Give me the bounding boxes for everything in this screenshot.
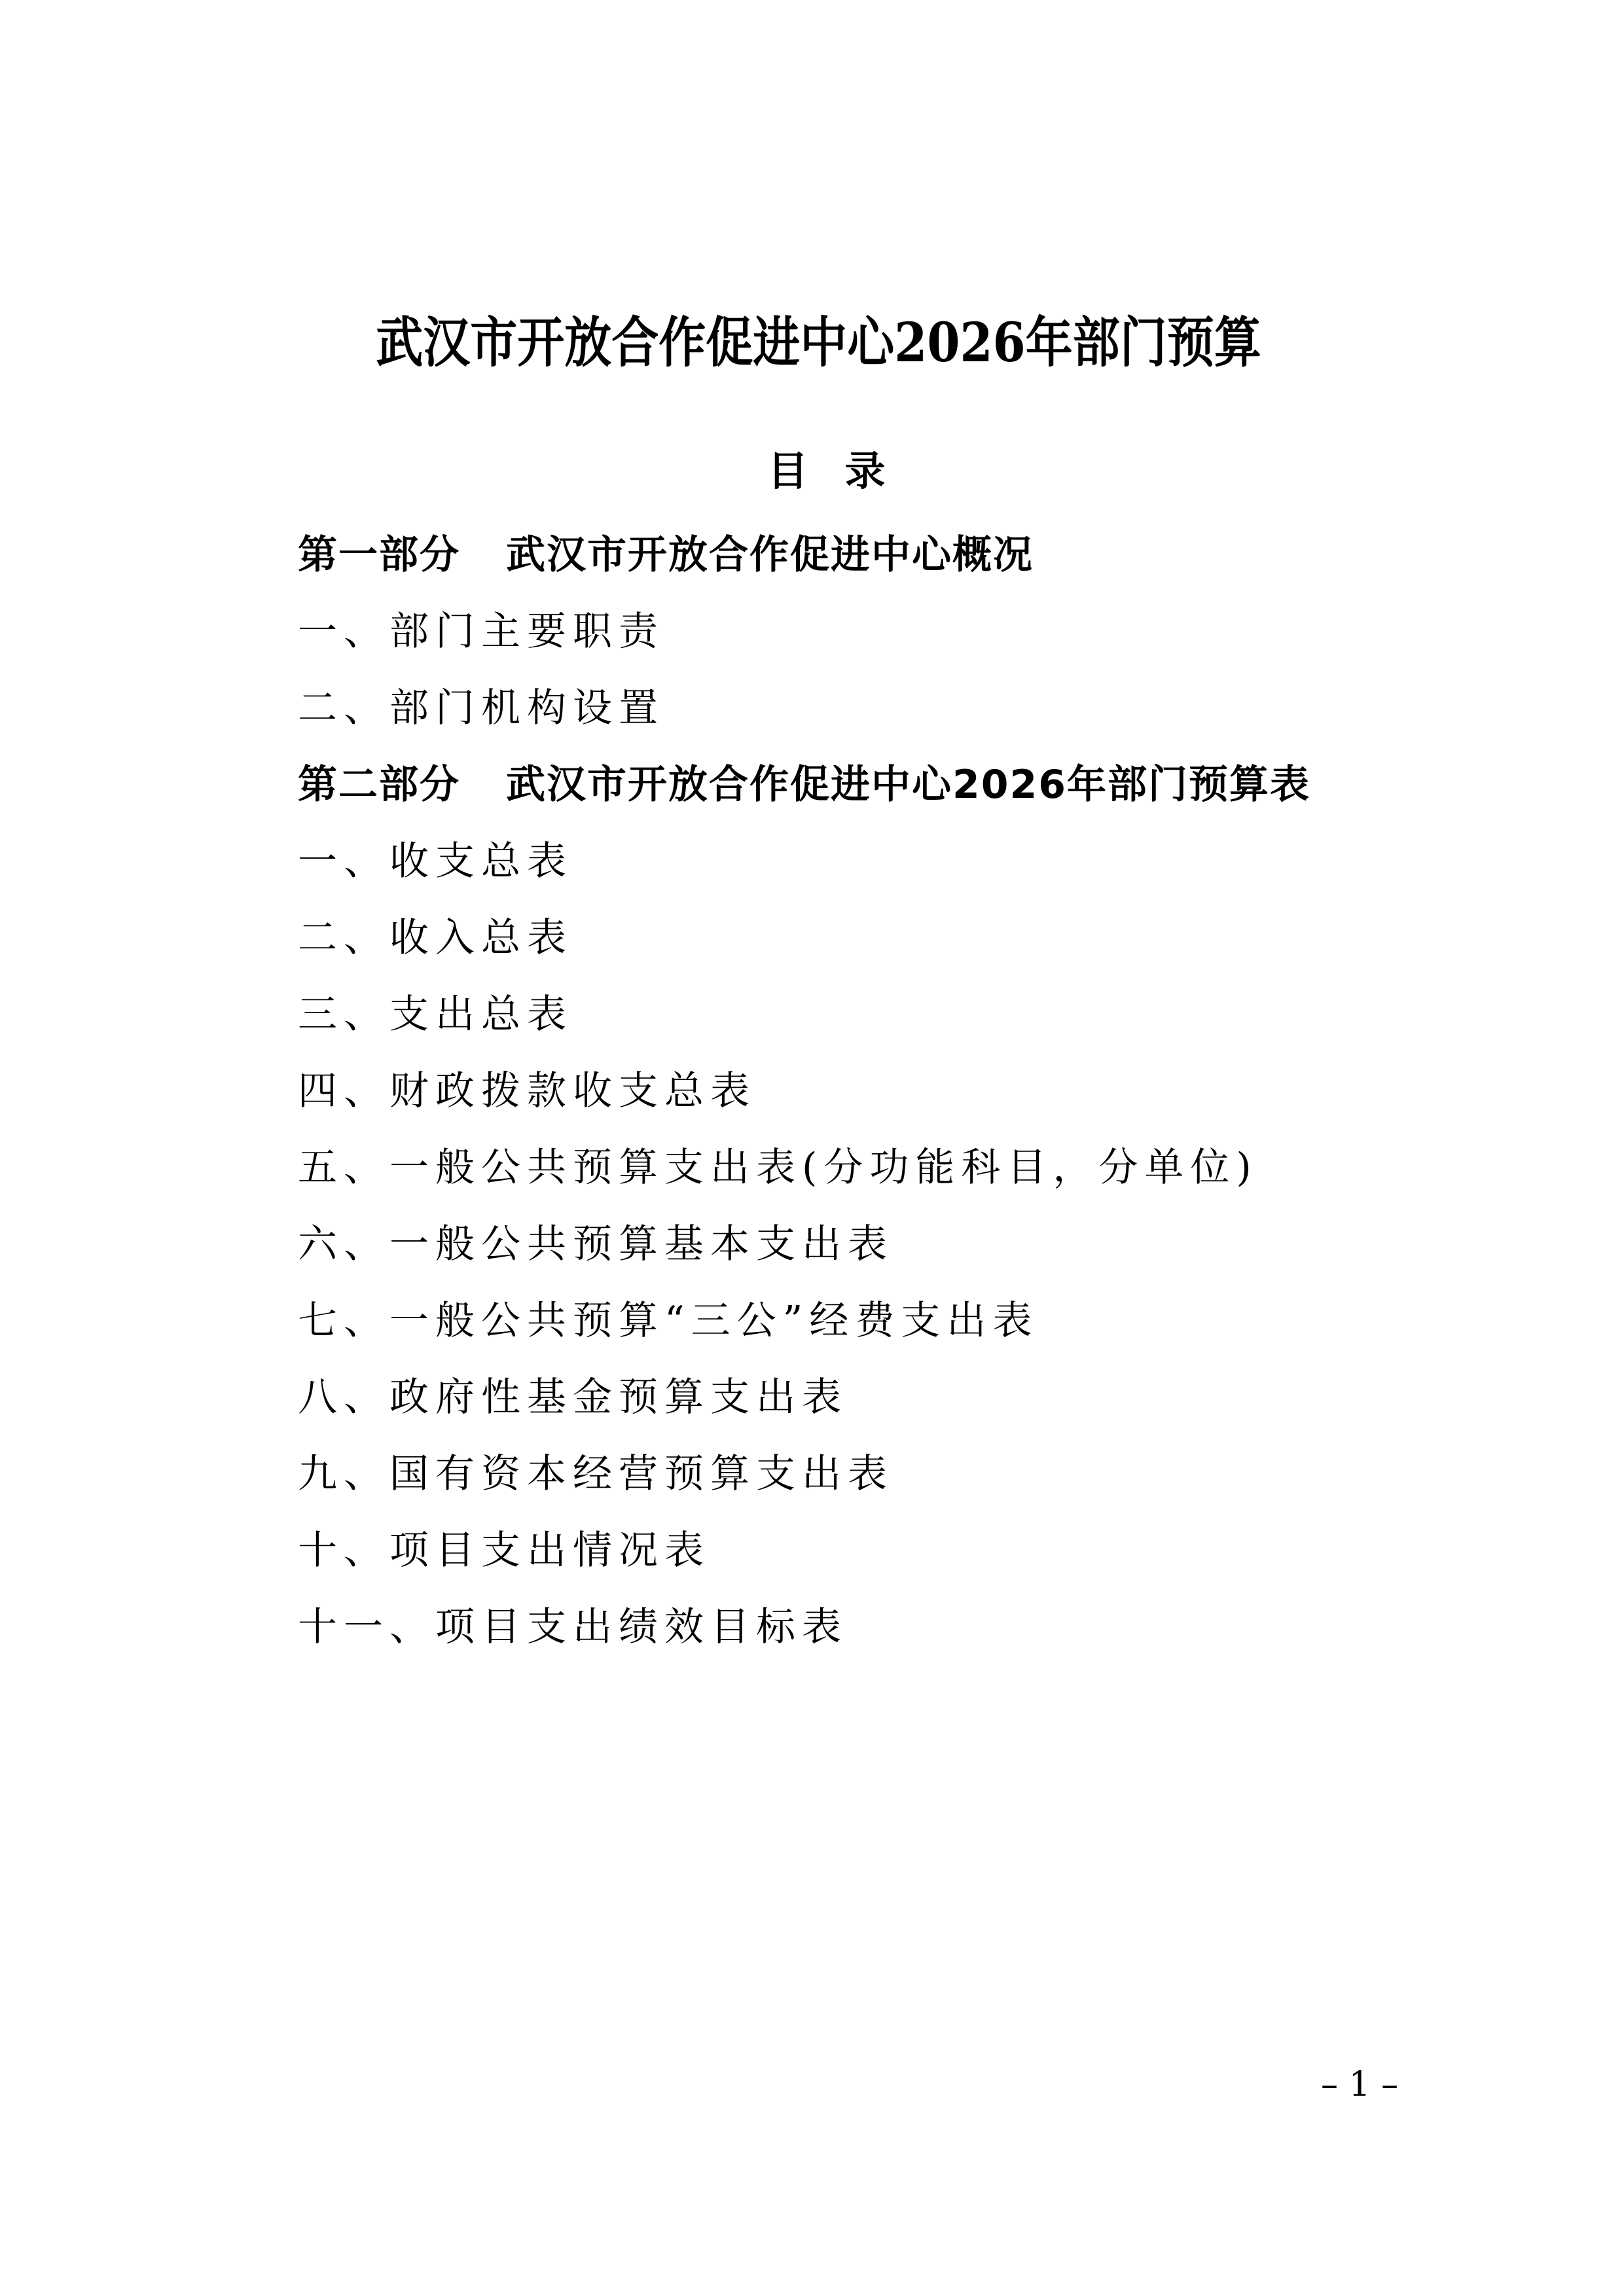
toc-heading: 目录 <box>0 445 1624 497</box>
toc-item-state-capital-budget[interactable]: 九、国有资本经营预算支出表 <box>298 1436 1476 1513</box>
toc-part-label: 武汉市开放合作促进中心概况 <box>506 532 1034 578</box>
toc-item-general-public-basic-expense[interactable]: 六、一般公共预算基本支出表 <box>298 1206 1476 1283</box>
toc-item-expense-summary[interactable]: 三、支出总表 <box>298 977 1476 1053</box>
table-of-contents: 第一部分武汉市开放合作促进中心概况 一、部门主要职责 二、部门机构设置 第二部分… <box>298 517 1476 1666</box>
toc-item-org-structure[interactable]: 二、部门机构设置 <box>298 670 1476 747</box>
toc-item-income-expense-summary[interactable]: 一、收支总表 <box>298 823 1476 900</box>
toc-item-main-duties[interactable]: 一、部门主要职责 <box>298 594 1476 670</box>
toc-item-income-summary[interactable]: 二、收入总表 <box>298 900 1476 977</box>
toc-item-project-expense[interactable]: 十、项目支出情况表 <box>298 1513 1476 1589</box>
toc-item-three-public-expenses[interactable]: 七、一般公共预算“三公”经费支出表 <box>298 1283 1476 1359</box>
toc-part-number: 第二部分 <box>298 747 460 823</box>
toc-part-label: 武汉市开放合作促进中心2026年部门预算表 <box>506 762 1310 808</box>
page-number: – 1 – <box>1321 2062 1398 2108</box>
toc-part-2[interactable]: 第二部分武汉市开放合作促进中心2026年部门预算表 <box>298 747 1476 823</box>
toc-item-project-performance-goals[interactable]: 十一、项目支出绩效目标表 <box>298 1589 1476 1666</box>
toc-part-number: 第一部分 <box>298 517 460 594</box>
page-title: 武汉市开放合作促进中心2026年部门预算 <box>0 306 1624 378</box>
toc-item-government-fund-budget[interactable]: 八、政府性基金预算支出表 <box>298 1359 1476 1436</box>
toc-item-general-public-budget-expense[interactable]: 五、一般公共预算支出表(分功能科目，分单位) <box>298 1130 1476 1206</box>
toc-item-fiscal-appropriation[interactable]: 四、财政拨款收支总表 <box>298 1053 1476 1130</box>
toc-part-1[interactable]: 第一部分武汉市开放合作促进中心概况 <box>298 517 1476 594</box>
